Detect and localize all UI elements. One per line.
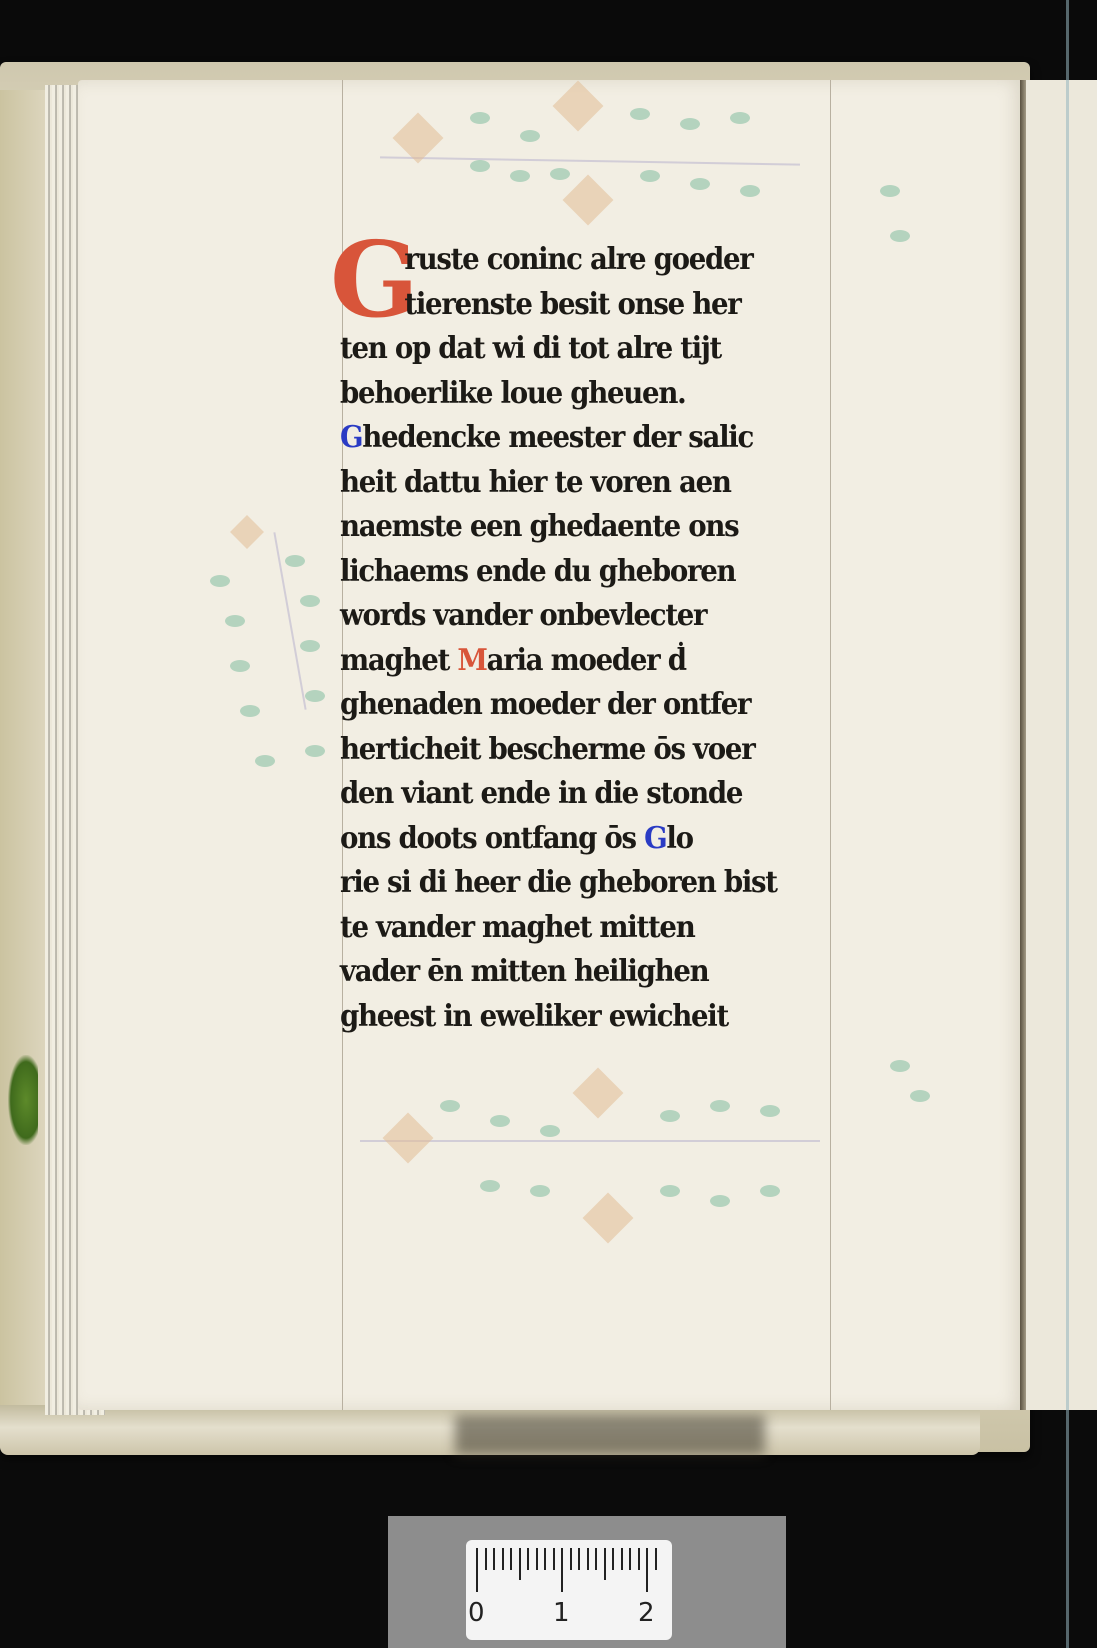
text-line-3: ten op dat wi di tot alre tijt xyxy=(340,327,818,372)
text-line-10: maghet Maria moeder ḋ xyxy=(340,639,818,684)
text-line-11: ghenaden moeder der ontfer xyxy=(340,683,818,728)
ruler-label-2: 2 xyxy=(638,1598,655,1628)
text-line-18: gheest in eweliker ewicheit xyxy=(340,995,818,1040)
ruler-label-1: 1 xyxy=(553,1598,570,1628)
initial-G-blue-2: G xyxy=(644,821,666,856)
initial-G-blue: G xyxy=(340,420,362,455)
text-line-4: behoerlike loue gheuen. xyxy=(340,372,818,417)
binding-left-edge xyxy=(0,90,45,1430)
scale-ruler: 0 1 2 xyxy=(466,1540,672,1640)
dark-background xyxy=(0,0,1097,70)
text-line-2: tierenste besit onse her xyxy=(340,283,818,328)
text-line-1: ruste coninc alre goeder xyxy=(340,238,818,283)
text-line-8: lichaems ende du gheboren xyxy=(340,550,818,595)
text-line-17: vader ēn mitten heilighen xyxy=(340,950,818,995)
text-line-14: ons doots ontfang ōs Glo xyxy=(340,817,818,862)
facing-page-edge xyxy=(1026,80,1097,1410)
text-line-13: den viant ende in die stonde xyxy=(340,772,818,817)
glass-plate-edge xyxy=(1066,0,1069,1648)
shadow xyxy=(455,1415,765,1455)
text-line-6: heit dattu hier te voren aen xyxy=(340,461,818,506)
ruler-label-0: 0 xyxy=(468,1598,485,1628)
text-line-7: naemste een ghedaente ons xyxy=(340,505,818,550)
text-line-9: words vander onbevlecter xyxy=(340,594,818,639)
text-line-5: Ghedencke meester der salic xyxy=(340,416,818,461)
text-line-16: te vander maghet mitten xyxy=(340,906,818,951)
initial-M-red: M xyxy=(457,643,486,678)
manuscript-text-block: ruste coninc alre goeder tierenste besit… xyxy=(340,238,860,1039)
text-line-15: rie si di heer die gheboren bist xyxy=(340,861,818,906)
green-tab-marker xyxy=(8,1055,38,1145)
text-line-12: herticheit bescherme ōs voer xyxy=(340,728,818,773)
